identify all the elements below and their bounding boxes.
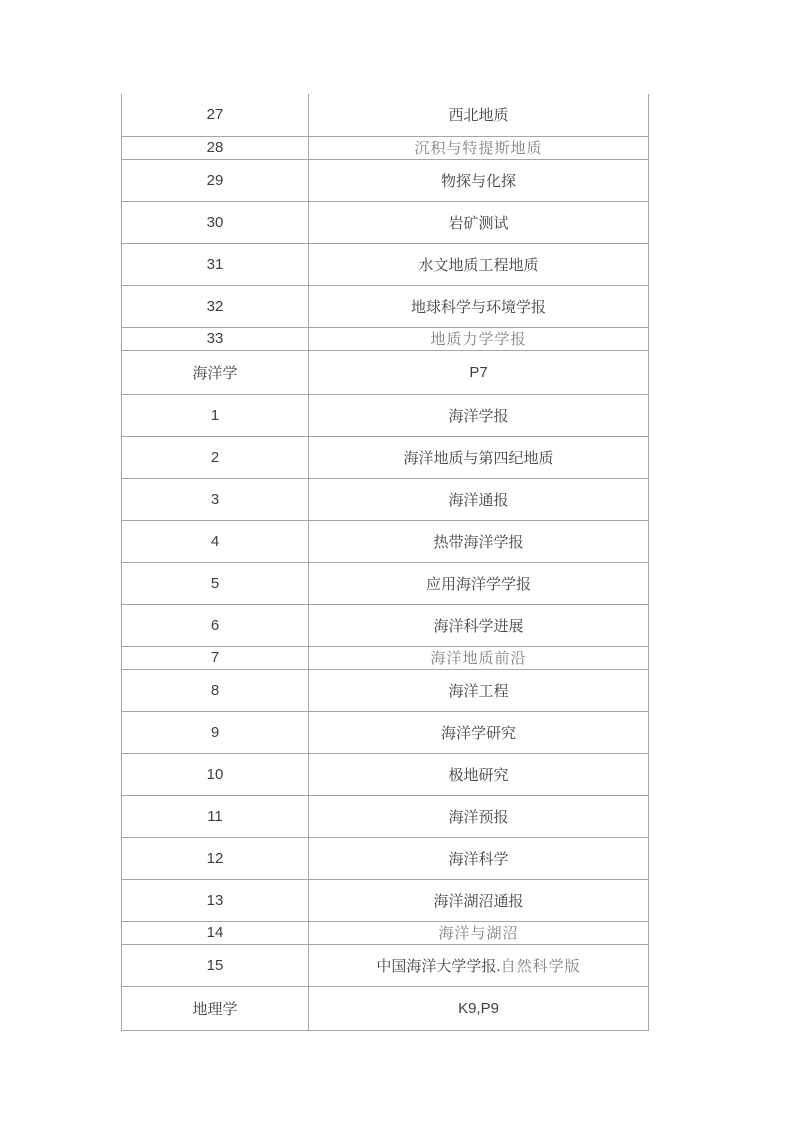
journal-table-body: 27西北地质28沉积与特提斯地质29物探与化探30岩矿测试31水文地质工程地质3… bbox=[122, 94, 649, 1030]
category-name-cell: 地理学 bbox=[122, 986, 309, 1030]
journal-name-cell: 海洋通报 bbox=[309, 478, 649, 520]
row-number-cell: 4 bbox=[122, 520, 309, 562]
journal-name-cell: 海洋科学 bbox=[309, 837, 649, 879]
journal-name-cell: 西北地质 bbox=[309, 94, 649, 136]
row-number-cell: 7 bbox=[122, 646, 309, 669]
journal-name-cell: 海洋工程 bbox=[309, 669, 649, 711]
row-number-cell: 5 bbox=[122, 562, 309, 604]
row-number-cell: 3 bbox=[122, 478, 309, 520]
table-row: 30岩矿测试 bbox=[122, 201, 649, 243]
row-number-cell: 13 bbox=[122, 879, 309, 921]
journal-name-cell: 地球科学与环境学报 bbox=[309, 285, 649, 327]
row-number-cell: 29 bbox=[122, 159, 309, 201]
journal-name-cell: 物探与化探 bbox=[309, 159, 649, 201]
row-number-cell: 27 bbox=[122, 94, 309, 136]
category-name-cell: 海洋学 bbox=[122, 350, 309, 394]
journal-table: 27西北地质28沉积与特提斯地质29物探与化探30岩矿测试31水文地质工程地质3… bbox=[121, 94, 649, 1031]
row-number-cell: 2 bbox=[122, 436, 309, 478]
table-row: 14海洋与湖沼 bbox=[122, 921, 649, 944]
journal-name-main: 中国海洋大学学报. bbox=[376, 958, 500, 975]
journal-name-cell: 地质力学学报 bbox=[309, 327, 649, 350]
journal-name-cell: 海洋湖沼通报 bbox=[309, 879, 649, 921]
journal-name-cell: 水文地质工程地质 bbox=[309, 243, 649, 285]
table-row: 13海洋湖沼通报 bbox=[122, 879, 649, 921]
row-number-cell: 28 bbox=[122, 136, 309, 159]
row-number-cell: 9 bbox=[122, 711, 309, 753]
row-number-cell: 33 bbox=[122, 327, 309, 350]
table-row: 32地球科学与环境学报 bbox=[122, 285, 649, 327]
journal-name-cell: 沉积与特提斯地质 bbox=[309, 136, 649, 159]
row-number-cell: 8 bbox=[122, 669, 309, 711]
table-row: 29物探与化探 bbox=[122, 159, 649, 201]
row-number-cell: 1 bbox=[122, 394, 309, 436]
journal-name-cell: 海洋预报 bbox=[309, 795, 649, 837]
table-row: 12海洋科学 bbox=[122, 837, 649, 879]
table-row: 1海洋学报 bbox=[122, 394, 649, 436]
table-row: 6海洋科学进展 bbox=[122, 604, 649, 646]
table-row: 33地质力学学报 bbox=[122, 327, 649, 350]
table-row: 2海洋地质与第四纪地质 bbox=[122, 436, 649, 478]
table-row: 27西北地质 bbox=[122, 94, 649, 136]
journal-name-cell: 海洋与湖沼 bbox=[309, 921, 649, 944]
table-row: 5应用海洋学学报 bbox=[122, 562, 649, 604]
journal-name-cell: 热带海洋学报 bbox=[309, 520, 649, 562]
journal-name-cell: 海洋学研究 bbox=[309, 711, 649, 753]
table-row: 28沉积与特提斯地质 bbox=[122, 136, 649, 159]
row-number-cell: 32 bbox=[122, 285, 309, 327]
table-row: 3海洋通报 bbox=[122, 478, 649, 520]
journal-name-cell: 极地研究 bbox=[309, 753, 649, 795]
table-row: 15中国海洋大学学报.自然科学版 bbox=[122, 944, 649, 986]
journal-name-cell: 海洋学报 bbox=[309, 394, 649, 436]
category-row: 海洋学P7 bbox=[122, 350, 649, 394]
table-row: 10极地研究 bbox=[122, 753, 649, 795]
row-number-cell: 31 bbox=[122, 243, 309, 285]
row-number-cell: 15 bbox=[122, 944, 309, 986]
row-number-cell: 12 bbox=[122, 837, 309, 879]
journal-name-suffix: 自然科学版 bbox=[501, 957, 581, 975]
classification-code-cell: K9,P9 bbox=[309, 986, 649, 1030]
journal-name-cell: 中国海洋大学学报.自然科学版 bbox=[309, 944, 649, 986]
journal-name-cell: 海洋地质前沿 bbox=[309, 646, 649, 669]
document-page: 27西北地质28沉积与特提斯地质29物探与化探30岩矿测试31水文地质工程地质3… bbox=[0, 0, 793, 1122]
table-row: 7海洋地质前沿 bbox=[122, 646, 649, 669]
table-row: 8海洋工程 bbox=[122, 669, 649, 711]
row-number-cell: 11 bbox=[122, 795, 309, 837]
journal-name-cell: 岩矿测试 bbox=[309, 201, 649, 243]
table-row: 9海洋学研究 bbox=[122, 711, 649, 753]
journal-name-cell: 应用海洋学学报 bbox=[309, 562, 649, 604]
row-number-cell: 14 bbox=[122, 921, 309, 944]
row-number-cell: 6 bbox=[122, 604, 309, 646]
journal-name-cell: 海洋地质与第四纪地质 bbox=[309, 436, 649, 478]
table-row: 4热带海洋学报 bbox=[122, 520, 649, 562]
row-number-cell: 30 bbox=[122, 201, 309, 243]
row-number-cell: 10 bbox=[122, 753, 309, 795]
journal-name-cell: 海洋科学进展 bbox=[309, 604, 649, 646]
table-row: 11海洋预报 bbox=[122, 795, 649, 837]
category-row: 地理学K9,P9 bbox=[122, 986, 649, 1030]
table-row: 31水文地质工程地质 bbox=[122, 243, 649, 285]
classification-code-cell: P7 bbox=[309, 350, 649, 394]
